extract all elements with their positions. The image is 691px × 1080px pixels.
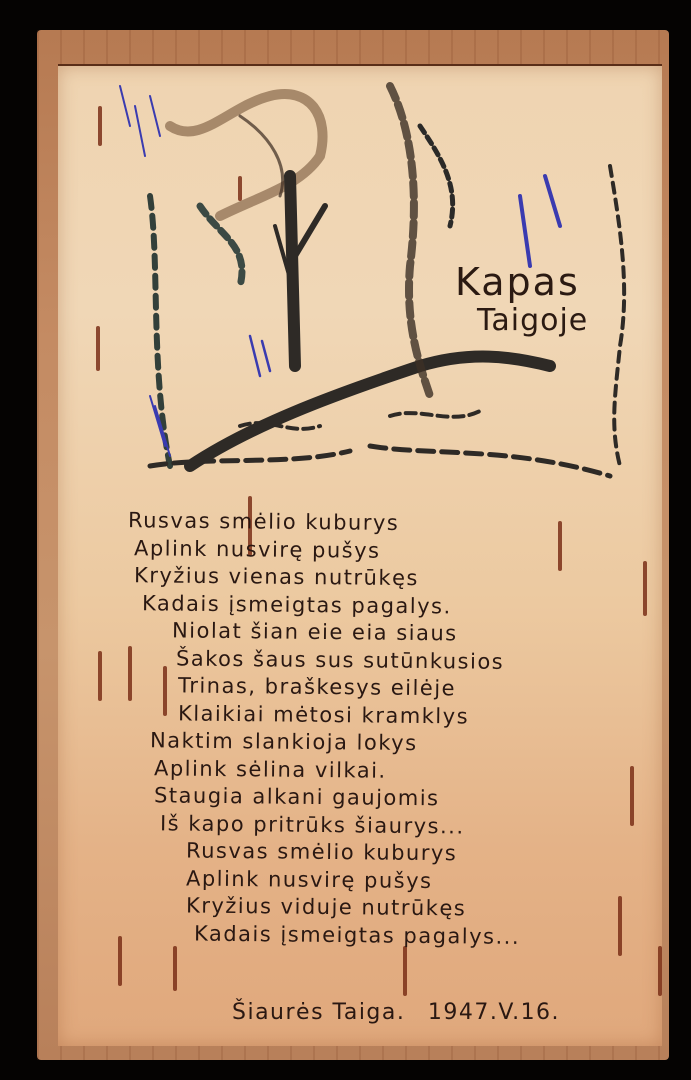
poem-line: Kadais įsmeigtas pagalys... <box>194 920 668 952</box>
drawing-title: Kapas Taigoje <box>455 262 588 337</box>
bark-lenticel <box>173 946 177 991</box>
bark-lenticel <box>118 936 122 986</box>
poem-line: Rusvas smėlio kuburys <box>186 837 668 870</box>
handwritten-poem: Rusvas smėlio kuburys Aplink nusvirę puš… <box>128 510 668 950</box>
bark-lenticel <box>403 946 407 996</box>
poem-line: Trinas, braškesys eilėje <box>178 672 668 705</box>
bark-lenticel <box>658 946 662 996</box>
signature-line: Šiaurės Taiga. 1947.V.16. <box>232 1000 560 1025</box>
signature-date: 1947.V.16. <box>428 1000 560 1025</box>
bark-lenticel <box>98 651 102 701</box>
title-line-2: Taigoje <box>477 304 588 337</box>
poem-line: Kryžius viduje nutrūkęs <box>186 892 668 925</box>
title-line-1: Kapas <box>455 262 588 304</box>
signature-place: Šiaurės Taiga. <box>232 1000 405 1025</box>
